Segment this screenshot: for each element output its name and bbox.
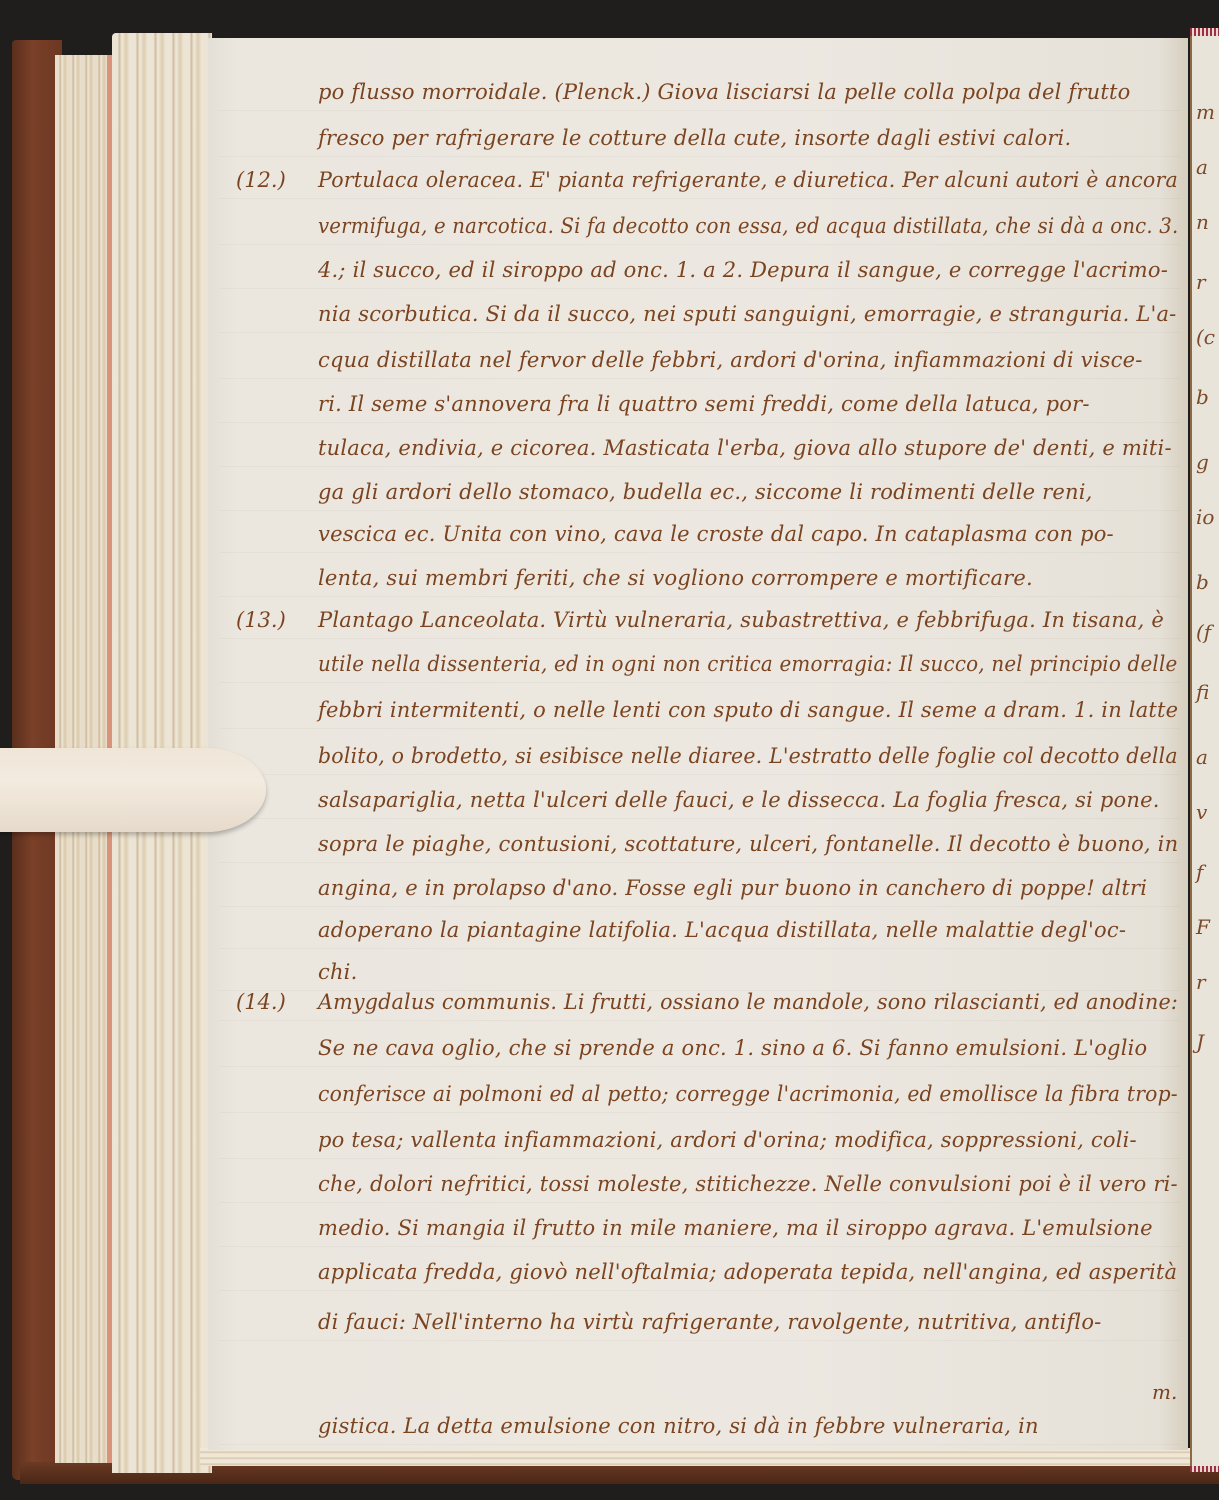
facing-page-fragment: f <box>1196 860 1203 884</box>
manuscript-line: bolito, o brodetto, si esibisce nelle di… <box>318 744 1178 768</box>
ruled-line <box>220 1066 1180 1067</box>
facing-page-fragment: (f <box>1196 620 1211 644</box>
entry-number: (14.) <box>236 990 286 1014</box>
facing-page-fragment: b <box>1196 570 1209 594</box>
ruled-line <box>220 156 1180 157</box>
facing-page-fragment: g <box>1196 450 1209 474</box>
manuscript-line: nia scorbutica. Si da il succo, nei sput… <box>318 302 1176 326</box>
ruled-line <box>220 774 1180 775</box>
manuscript-line: Portulaca oleracea. E' pianta refrigeran… <box>318 168 1178 192</box>
manuscript-line: chi. <box>318 960 357 984</box>
ruled-line <box>220 1020 1180 1021</box>
ruled-line <box>220 906 1180 907</box>
manuscript-line: vescica ec. Unita con vino, cava le cros… <box>318 522 1114 546</box>
manuscript-line: conferisce ai polmoni ed al petto; corre… <box>318 1082 1178 1106</box>
manuscript-line: 4.; il succo, ed il siroppo ad onc. 1. a… <box>318 258 1168 282</box>
manuscript-line: fresco per rafrigerare le cotture della … <box>318 126 1071 150</box>
ruled-line <box>220 1158 1180 1159</box>
manuscript-line: Plantago Lanceolata. Virtù vulneraria, s… <box>318 608 1164 632</box>
manuscript-line: di fauci: Nell'interno ha virtù rafriger… <box>318 1310 1101 1334</box>
manuscript-line: medio. Si mangia il frutto in mile manie… <box>318 1216 1153 1240</box>
ruled-line <box>220 110 1180 111</box>
ruled-line <box>220 332 1180 333</box>
manuscript-line: febbri intermitenti, o nelle lenti con s… <box>318 698 1178 722</box>
catchword: m. <box>1152 1380 1177 1404</box>
manuscript-line: gistica. La detta emulsione con nitro, s… <box>318 1414 1039 1438</box>
ruled-line <box>220 1112 1180 1113</box>
page-stack-bottom <box>200 1448 1190 1466</box>
entry-number: (12.) <box>236 168 286 192</box>
ruled-line <box>220 466 1180 467</box>
facing-page-fragment: v <box>1196 800 1207 824</box>
ruled-line <box>220 422 1180 423</box>
entry-number: (13.) <box>236 608 286 632</box>
facing-page-fragment: a <box>1196 745 1208 769</box>
ruled-line <box>220 378 1180 379</box>
manuscript-line: po flusso morroidale. (Plenck.) Giova li… <box>318 80 1130 104</box>
facing-page-fragment: J <box>1196 1030 1204 1054</box>
ruled-line <box>220 728 1180 729</box>
bone-bookmark <box>0 748 266 832</box>
facing-page-edge: manr(cbgiob(ffiavfFrJ <box>1190 36 1219 1466</box>
ruled-line <box>220 1246 1180 1247</box>
facing-page-fragment: io <box>1196 505 1214 529</box>
manuscript-line: che, dolori nefritici, tossi moleste, st… <box>318 1172 1178 1196</box>
manuscript-line: utile nella dissenteria, ed in ogni non … <box>318 652 1177 676</box>
ruled-line <box>220 948 1180 949</box>
manuscript-line: ri. Il seme s'annovera fra li quattro se… <box>318 392 1090 416</box>
ruled-line <box>220 862 1180 863</box>
manuscript-line: angina, e in prolapso d'ano. Fosse egli … <box>318 876 1147 900</box>
facing-page-fragment: n <box>1196 210 1209 234</box>
facing-page-fragment: (c <box>1196 325 1215 349</box>
ruled-line <box>220 552 1180 553</box>
ruled-line <box>220 244 1180 245</box>
manuscript-line: sopra le piaghe, contusioni, scottature,… <box>318 832 1178 856</box>
ruled-line <box>220 1444 1180 1445</box>
manuscript-line: adoperano la piantagine latifolia. L'acq… <box>318 918 1126 942</box>
manuscript-line: cqua distillata nel fervor delle febbri,… <box>318 348 1143 372</box>
manuscript-line: Se ne cava oglio, che si prende a onc. 1… <box>318 1036 1147 1060</box>
ruled-line <box>220 198 1180 199</box>
manuscript-line: salsapariglia, netta l'ulceri delle fauc… <box>318 788 1160 812</box>
facing-page-fragment: a <box>1196 155 1208 179</box>
manuscript-line: vermifuga, e narcotica. Si fa decotto co… <box>318 214 1178 238</box>
ruled-line <box>220 1290 1180 1291</box>
ruled-line <box>220 288 1180 289</box>
ruled-line <box>220 818 1180 819</box>
ruled-line <box>220 1202 1180 1203</box>
manuscript-line: applicata fredda, giovò nell'oftalmia; a… <box>318 1260 1177 1284</box>
manuscript-book: manr(cbgiob(ffiavfFrJ po flusso morroida… <box>0 0 1219 1500</box>
facing-page-fragment: m <box>1196 100 1215 124</box>
manuscript-line: lenta, sui membri feriti, che si voglion… <box>318 566 1033 590</box>
facing-page-fragment: fi <box>1196 680 1209 704</box>
ruled-line <box>220 682 1180 683</box>
ruled-line <box>220 596 1180 597</box>
facing-page-fragment: r <box>1196 270 1206 294</box>
ruled-line <box>220 1340 1180 1341</box>
manuscript-line: tulaca, endivia, e cicorea. Masticata l'… <box>318 436 1172 460</box>
manuscript-line: po tesa; vallenta infiammazioni, ardori … <box>318 1128 1137 1152</box>
manuscript-line: Amygdalus communis. Li frutti, ossiano l… <box>318 990 1178 1014</box>
facing-page-fragment: b <box>1196 385 1209 409</box>
facing-page-fragment: r <box>1196 970 1206 994</box>
ruled-line <box>220 638 1180 639</box>
ruled-line <box>220 510 1180 511</box>
manuscript-line: ga gli ardori dello stomaco, budella ec.… <box>318 480 1093 504</box>
facing-page-fragment: F <box>1196 915 1210 939</box>
